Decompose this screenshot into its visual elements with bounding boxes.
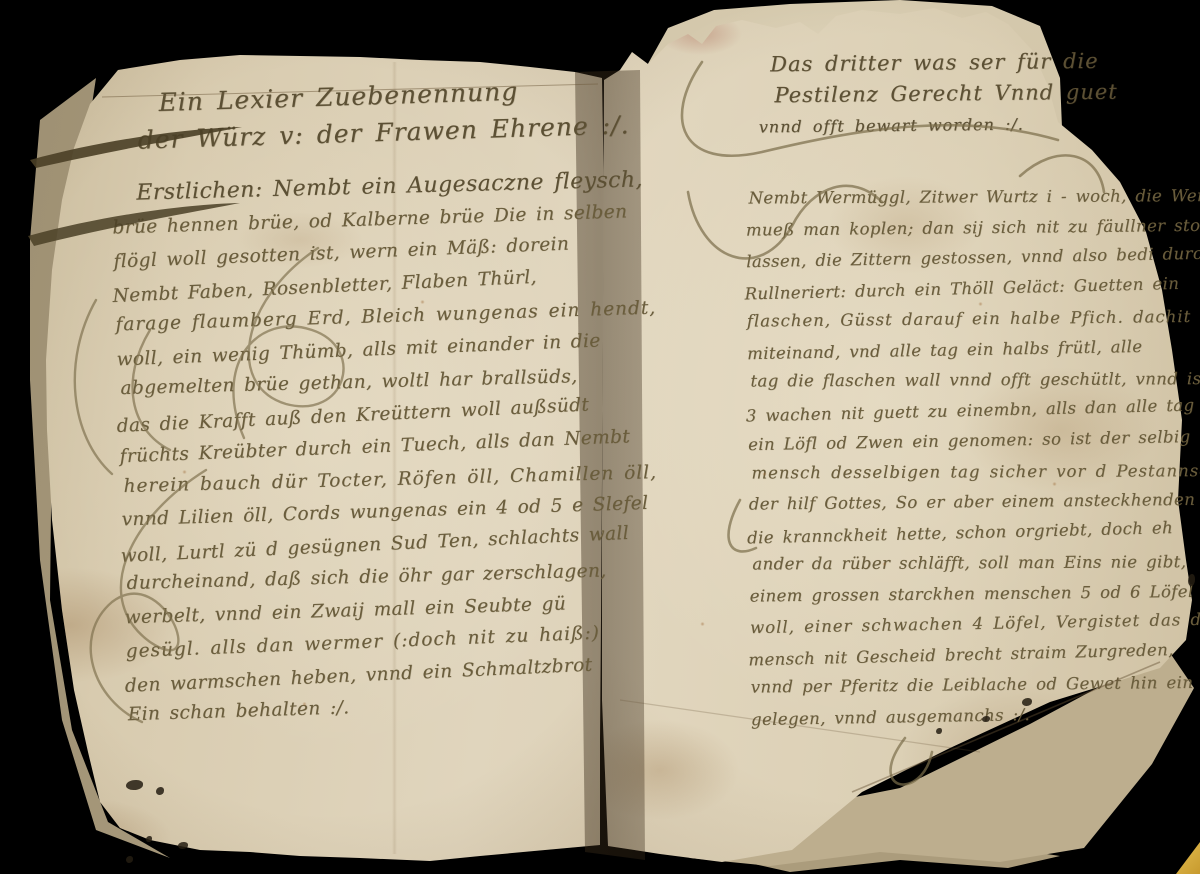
ink-blot	[146, 836, 152, 842]
manuscript-line: ander da rüber schläfft, soll man Eins n…	[714, 547, 1199, 580]
foxing-speck	[182, 470, 187, 474]
ink-blot	[178, 842, 188, 849]
right-page-body: Nembt Wermüggl, Zitwer Wurtz i - woch, d…	[707, 180, 1198, 734]
foxing-speck	[700, 622, 705, 626]
heading-line: Das dritter was ser für die	[706, 45, 1191, 81]
yellow-corner-object	[1176, 842, 1200, 874]
foxing-speck	[762, 472, 767, 476]
manuscript-photo: Ein Lexier Zuebenennungder Würz v: der F…	[0, 0, 1200, 874]
right-page-text: Das dritter was ser für diePestilenz Ger…	[706, 45, 1198, 734]
foxing-speck	[302, 702, 307, 706]
manuscript-line: Nembt Wermüggl, Zitwer Wurtz i - woch, d…	[710, 181, 1195, 214]
ink-blot	[126, 856, 133, 863]
left-page-text: Ein Lexier Zuebenennungder Würz v: der F…	[96, 70, 631, 732]
foxing-speck	[882, 562, 887, 566]
manuscript-line: mensch desselbigen tag sicher vor d Pest…	[713, 456, 1198, 489]
right-page-heading: Das dritter was ser für diePestilenz Ger…	[706, 45, 1192, 143]
foxing-speck	[978, 302, 983, 306]
left-page-body: Erstlichen: Nembt ein Augesaczne fleysch…	[99, 164, 631, 732]
left-page-heading: Ein Lexier Zuebenennungder Würz v: der F…	[96, 70, 613, 160]
heading-line: vnnd offt bewart worden :/.	[707, 107, 1192, 143]
heading-line: Pestilenz Gerecht Vnnd guet	[706, 76, 1191, 112]
foxing-speck	[1052, 482, 1057, 486]
foxing-speck	[420, 300, 425, 304]
